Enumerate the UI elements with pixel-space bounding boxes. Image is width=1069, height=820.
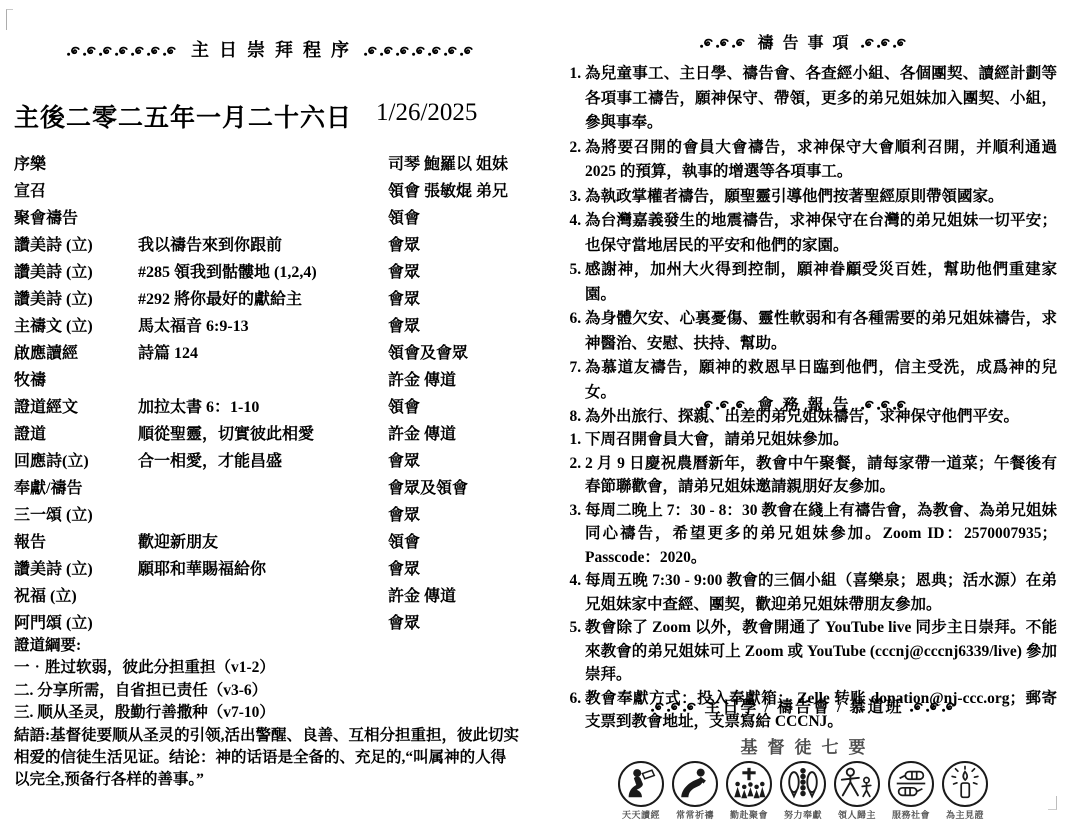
report-items-list: 下周召開會員大會，請弟兄姐妹參加。 2 月 9 日慶祝農曆新年，教會中午聚餐，請… — [545, 428, 1057, 734]
essential-label: 天天讀經 — [622, 808, 660, 820]
program-performer: 會眾 — [388, 610, 526, 633]
program-performer: 會眾 — [388, 556, 526, 579]
program-row: 主禱文 (立)馬太福音 6:9-13會眾 — [14, 311, 526, 338]
program-performer: 許金 傳道 — [388, 421, 526, 444]
program-row: 讚美詩 (立)#292 將你最好的獻給主會眾 — [14, 284, 526, 311]
program-detail: 我以禱告來到你跟前 — [138, 232, 388, 255]
seven-essentials: 基督徒七要 天天讀經 — [545, 733, 1061, 820]
program-row: 證道經文加拉太書 6：1-10領會 — [14, 392, 526, 419]
program-performer: 會眾 — [388, 448, 526, 471]
program-performer: 許金 傳道 — [388, 367, 526, 390]
essential-label: 為主見證 — [946, 808, 984, 820]
witness-candle-icon — [942, 761, 988, 807]
prayer-items-list: 為兒童事工、主日學、禱告會、各查經小組、各個團契、讀經計劃等各項事工禱告，願神保… — [545, 62, 1057, 430]
sermon-outline-point: 一‧胜过软弱，彼此分担重担（v1-2） — [14, 657, 521, 679]
worship-order-title: 主日崇拜程序 — [14, 36, 526, 62]
swirl-ornament-icon — [860, 38, 907, 49]
program-row: 聚會禱告領會 — [14, 203, 526, 230]
program-item: 讚美詩 (立) — [14, 556, 138, 579]
page-corner-mark — [6, 9, 13, 30]
report-item: 每周二晚上 7：30 - 8：30 教會在綫上有禱告會，為教會、為弟兄姐妹同心禱… — [585, 499, 1057, 570]
report-section-title: 會務報告 — [545, 392, 1061, 415]
sermon-outline-conclusion: 結語:基督徒要顺从圣灵的引领,活出警醒、良善、互相分担重担，彼此切实相爱的信徒生… — [14, 725, 521, 792]
program-table: 序樂司琴 鮑羅以 姐妹 宣召領會 張敏焜 弟兄 聚會禱告領會 讚美詩 (立)我以… — [14, 149, 526, 635]
program-detail: 詩篇 124 — [138, 340, 388, 363]
sermon-outline-heading: 證道綱要: — [14, 635, 521, 657]
praying-icon — [672, 761, 718, 807]
program-performer: 會眾 — [388, 232, 526, 255]
program-performer: 司琴 鮑羅以 姐妹 — [388, 151, 526, 174]
program-performer: 領會 張敏焜 弟兄 — [388, 178, 526, 201]
seven-essentials-title: 基督徒七要 — [545, 733, 1061, 758]
program-performer: 領會 — [388, 529, 526, 552]
classes-heading: 主日學 / 禱告會 / 慕道班 — [705, 699, 904, 716]
swirl-ornament-icon — [650, 702, 697, 713]
report-item: 教會除了 Zoom 以外，教會開通了 YouTube live 同步主日崇拜。不… — [585, 616, 1057, 687]
essential-label: 努力奉獻 — [784, 808, 822, 820]
section-heading: 禱告事項 — [757, 35, 857, 52]
program-performer: 會眾及領會 — [388, 475, 526, 498]
program-performer: 領會 — [388, 394, 526, 417]
service-date-row: 主後二零二五年一月二十六日 1/26/2025 — [14, 98, 526, 134]
swirl-ornament-icon — [860, 400, 907, 411]
prayer-item: 為身體欠安、心裏憂傷、靈性軟弱和有各種需要的弟兄姐妹禱告，求神醫治、安慰、扶持、… — [585, 307, 1057, 356]
program-performer: 會眾 — [388, 259, 526, 282]
program-item: 報告 — [14, 529, 138, 552]
sermon-outline-point: 三. 顺从圣灵，殷勤行善撒种（v7-10） — [14, 702, 521, 724]
program-item: 證道 — [14, 421, 138, 444]
classes-banner: 主日學 / 禱告會 / 慕道班 — [545, 694, 1061, 717]
prayer-item: 為台灣嘉義發生的地震禱告，求神保守在台灣的弟兄姐妹一切平安；也保守當地居民的平安… — [585, 209, 1057, 258]
program-item: 三一頌 (立) — [14, 502, 138, 525]
prayer-item: 為兒童事工、主日學、禱告會、各查經小組、各個團契、讀經計劃等各項事工禱告，願神保… — [585, 62, 1057, 136]
program-performer: 許金 傳道 — [388, 583, 526, 606]
program-row: 序樂司琴 鮑羅以 姐妹 — [14, 149, 526, 176]
report-item: 每周五晚 7:30 - 9:00 教會的三個小組（喜樂泉；恩典；活水源）在弟兄姐… — [585, 569, 1057, 616]
lead-to-christ-icon — [834, 761, 880, 807]
swirl-ornament-icon — [66, 46, 177, 57]
swirl-ornament-icon — [699, 38, 746, 49]
program-detail: 馬太福音 6:9-13 — [138, 313, 388, 336]
prayer-item: 為將要召開的會員大會禱告，求神保守大會順利召開，并順利通過 2025 的預算，執… — [585, 136, 1057, 185]
program-performer: 領會 — [388, 205, 526, 228]
seven-essentials-icons-row: 天天讀經 常常祈禱 — [545, 761, 1061, 820]
program-performer: 會眾 — [388, 502, 526, 525]
program-performer: 會眾 — [388, 286, 526, 309]
program-item: 讚美詩 (立) — [14, 259, 138, 282]
program-item: 聚會禱告 — [14, 205, 138, 228]
section-heading: 會務報告 — [757, 397, 857, 414]
bulletin-page: 主日崇拜程序 主後二零二五年一月二十六日 1/26/2025 序樂司琴 鮑羅以 … — [0, 0, 1069, 820]
serving-hands-icon — [888, 761, 934, 807]
program-item: 證道經文 — [14, 394, 138, 417]
essential-congregation: 勤赴聚會 — [723, 761, 775, 820]
essential-bible-reading: 天天讀經 — [615, 761, 667, 820]
program-performer: 會眾 — [388, 313, 526, 336]
worship-order-column: 主日崇拜程序 主後二零二五年一月二十六日 1/26/2025 序樂司琴 鮑羅以 … — [14, 0, 526, 820]
program-detail: 加拉太書 6：1-10 — [138, 394, 388, 417]
service-date-numeric: 1/26/2025 — [376, 99, 477, 127]
congregation-cross-icon — [726, 761, 772, 807]
program-detail: 歡迎新朋友 — [138, 529, 388, 552]
program-row: 報告歡迎新朋友領會 — [14, 527, 526, 554]
program-item: 序樂 — [14, 151, 138, 174]
swirl-ornament-icon — [363, 46, 474, 57]
bible-reading-icon — [618, 761, 664, 807]
essential-service: 服務社會 — [885, 761, 937, 820]
program-item: 啟應讀經 — [14, 340, 138, 363]
program-detail: 合一相愛，才能昌盛 — [138, 448, 388, 471]
program-item: 牧禱 — [14, 367, 138, 390]
prayer-item: 為執政掌權者禱告，願聖靈引導他們按著聖經原則帶領國家。 — [585, 185, 1057, 210]
essential-witness: 為主見證 — [939, 761, 991, 820]
program-row: 牧禱許金 傳道 — [14, 365, 526, 392]
program-row: 三一頌 (立)會眾 — [14, 500, 526, 527]
program-item: 回應詩(立) — [14, 448, 138, 471]
program-row: 讚美詩 (立)#285 領我到骷髏地 (1,2,4)會眾 — [14, 257, 526, 284]
swirl-ornament-icon — [699, 400, 746, 411]
program-row: 證道順從聖靈，切實彼此相愛許金 傳道 — [14, 419, 526, 446]
program-row: 奉獻/禱告會眾及領會 — [14, 473, 526, 500]
program-item: 主禱文 (立) — [14, 313, 138, 336]
prayer-item: 感謝神，加州大火得到控制，願神眷顧受災百姓，幫助他們重建家園。 — [585, 258, 1057, 307]
essential-label: 服務社會 — [892, 808, 930, 820]
program-performer: 領會及會眾 — [388, 340, 526, 363]
program-detail: #285 領我到骷髏地 (1,2,4) — [138, 259, 388, 282]
program-row: 啟應讀經詩篇 124領會及會眾 — [14, 338, 526, 365]
program-item: 讚美詩 (立) — [14, 232, 138, 255]
essential-praying: 常常祈禱 — [669, 761, 721, 820]
program-item: 宣召 — [14, 178, 138, 201]
announcements-column: 禱告事項 為兒童事工、主日學、禱告會、各查經小組、各個團契、讀經計劃等各項事工禱… — [545, 0, 1061, 820]
program-row: 阿門頌 (立)會眾 — [14, 608, 526, 635]
program-item: 讚美詩 (立) — [14, 286, 138, 309]
essential-evangelism: 領人歸主 — [831, 761, 883, 820]
essential-offering: 努力奉獻 — [777, 761, 829, 820]
report-item: 下周召開會員大會，請弟兄姐妹參加。 — [585, 428, 1057, 452]
essential-label: 領人歸主 — [838, 808, 876, 820]
program-row: 讚美詩 (立)願耶和華賜福給你會眾 — [14, 554, 526, 581]
program-detail: 願耶和華賜福給你 — [138, 556, 388, 579]
program-item: 阿門頌 (立) — [14, 610, 138, 633]
program-row: 回應詩(立)合一相愛，才能昌盛會眾 — [14, 446, 526, 473]
program-row: 祝福 (立)許金 傳道 — [14, 581, 526, 608]
program-item: 祝福 (立) — [14, 583, 138, 606]
program-row: 宣召領會 張敏焜 弟兄 — [14, 176, 526, 203]
service-date-chinese: 主後二零二五年一月二十六日 — [14, 105, 352, 132]
sermon-outline: 證道綱要: 一‧胜过软弱，彼此分担重担（v1-2） 二. 分享所需，自省担已责任… — [14, 635, 521, 792]
page-title: 主日崇拜程序 — [191, 40, 359, 60]
program-detail: #292 將你最好的獻給主 — [138, 286, 388, 309]
program-row: 讚美詩 (立)我以禱告來到你跟前會眾 — [14, 230, 526, 257]
swirl-ornament-icon — [909, 702, 956, 713]
essential-label: 勤赴聚會 — [730, 808, 768, 820]
fish-offering-icon — [780, 761, 826, 807]
program-item: 奉獻/禱告 — [14, 475, 138, 498]
program-detail: 順從聖靈，切實彼此相愛 — [138, 421, 388, 444]
prayer-section-title: 禱告事項 — [545, 30, 1061, 53]
essential-label: 常常祈禱 — [676, 808, 714, 820]
sermon-outline-point: 二. 分享所需，自省担已责任（v3-6） — [14, 680, 521, 702]
report-item: 2 月 9 日慶祝農曆新年，教會中午聚餐，請每家帶一道菜；午餐後有春節聯歡會，請… — [585, 452, 1057, 499]
